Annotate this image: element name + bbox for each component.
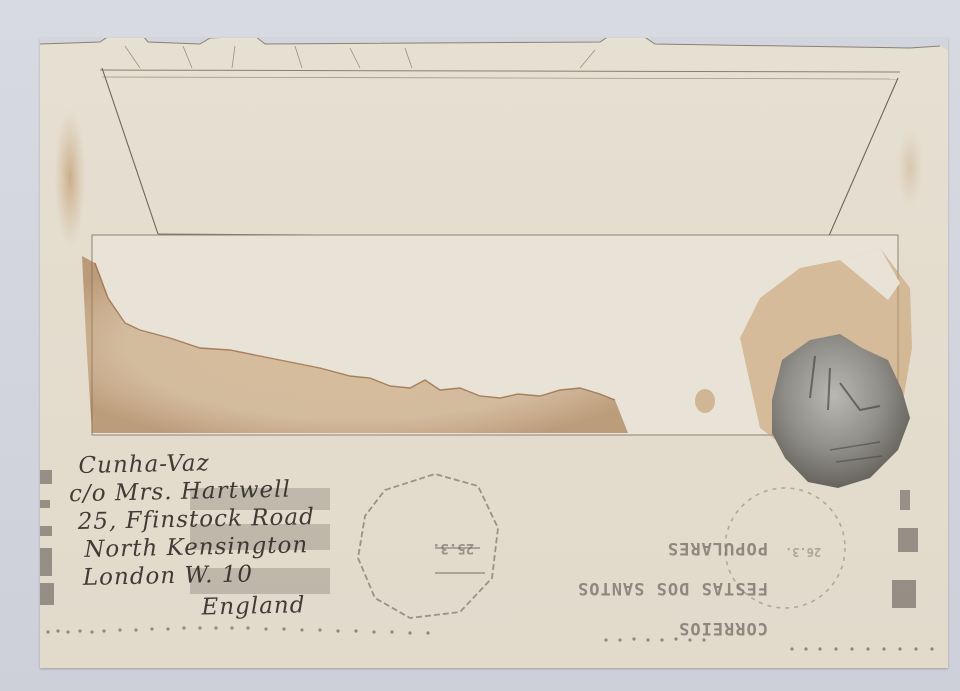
slogan-line: FESTAS DOS SANTOS: [548, 568, 768, 608]
slogan-postmark: CORREIOS FESTAS DOS SANTOS POPULARES: [548, 528, 768, 648]
slogan-line: POPULARES: [548, 528, 768, 568]
slogan-line: CORREIOS: [548, 608, 768, 648]
address-line: England: [201, 588, 472, 622]
postmark-date-right: 26.3.: [785, 545, 821, 559]
dotted-border: [46, 626, 933, 650]
handwritten-address: Cunha-Vaz c/o Mrs. Hartwell 25, Ffinstoc…: [68, 444, 472, 624]
